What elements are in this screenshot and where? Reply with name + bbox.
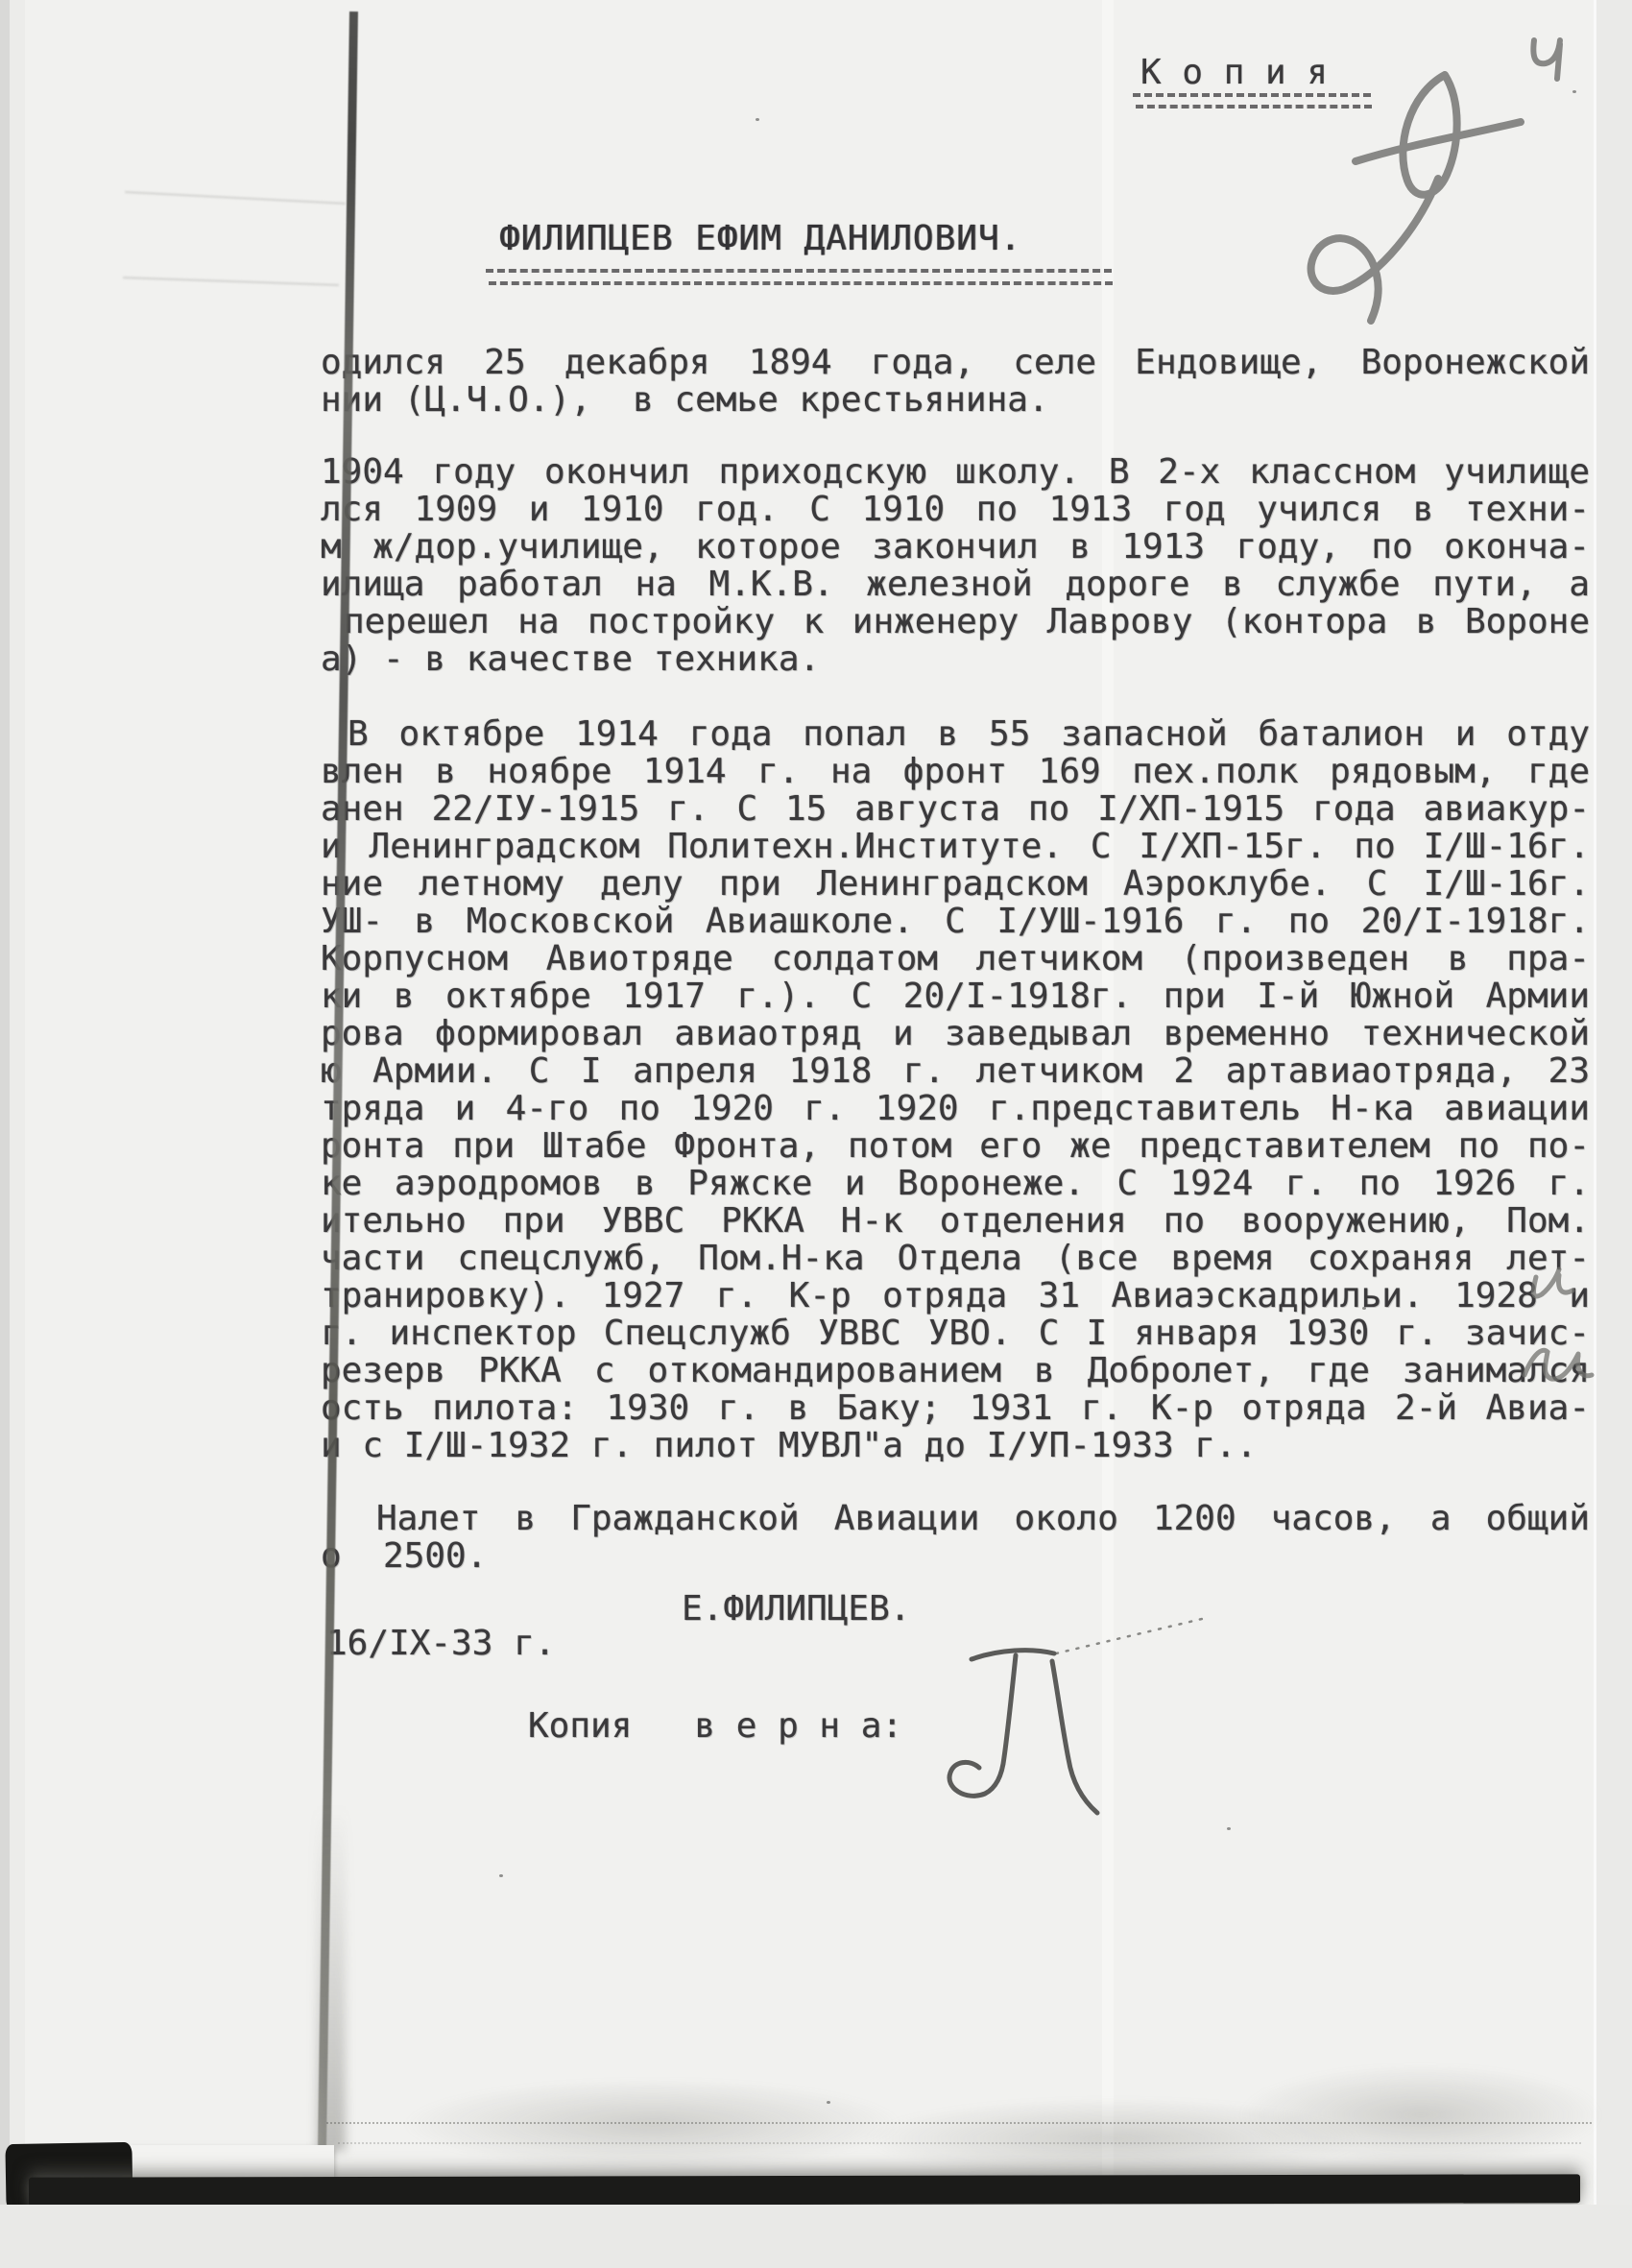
scanned-document-page: К о п и я ФИЛИПЦЕВ ЕФИМ ДАНИЛОВИЧ. одилс… [0, 0, 1632, 2268]
scan-smudge [403, 2079, 902, 2170]
text-line: Налет в Гражданской Авиации около 1200 ч… [321, 1500, 1590, 1537]
dust-speck [1227, 1827, 1231, 1830]
title-underline [489, 281, 1113, 285]
text-line: ительно при УВВС РККА Н-к отделения по в… [321, 1202, 1590, 1240]
dust-speck [756, 118, 759, 121]
page-title: ФИЛИПЦЕВ ЕФИМ ДАНИЛОВИЧ. [499, 219, 1021, 258]
text-line: м ж/дор.училище, которое закончил в 1913… [321, 528, 1590, 566]
copy-certified-line: Копия в е р н а: [528, 1707, 902, 1745]
title-underline [486, 269, 1112, 273]
scan-artifact-dotted-line [326, 2122, 1592, 2124]
text-line: ке аэродромов в Ряжске и Воронеже. С 192… [321, 1165, 1590, 1202]
fold-smudge [317, 1805, 346, 2151]
text-line: ние летному делу при Ленинградском Аэрок… [321, 865, 1590, 903]
copy-underline [1133, 93, 1371, 97]
copy-underline [1136, 105, 1372, 109]
text-line: и с I/Ш-1932 г. пилот МУВЛ"а до I/УП-193… [321, 1427, 1590, 1464]
paper-wrinkle [125, 191, 346, 205]
scan-seam [1594, 0, 1596, 2268]
text-line: лся 1909 и 1910 год. С 1910 по 1913 год … [321, 491, 1590, 528]
text-line: тряда и 4-го по 1920 г. 1920 г.представи… [321, 1090, 1590, 1127]
scan-bottom-margin [0, 2205, 1632, 2268]
page-corner-edge [131, 2145, 334, 2178]
text-line: г. инспектор Спецслужб УВВС УВО. С I янв… [321, 1315, 1590, 1352]
text-line: ки в октябре 1917 г.). С 20/I-1918г. при… [321, 977, 1590, 1015]
dust-speck [1572, 90, 1576, 93]
text-line: ость пилота: 1930 г. в Баку; 1931 г. К-р… [321, 1389, 1590, 1427]
text-line: ронта при Штабе Фронта, потом его же пре… [321, 1127, 1590, 1165]
paragraph-birth: одился 25 декабря 1894 года, селе Ендови… [321, 344, 1590, 419]
text-line: илища работал на М.К.В. железной дороге … [321, 566, 1590, 603]
signature-date: 16/IХ-33 г. [326, 1625, 555, 1662]
text-line: а) - в качестве техника. [321, 640, 1590, 678]
text-line: УШ- в Московской Авиашколе. С I/УШ-1916 … [321, 903, 1590, 940]
scanner-edge-left [0, 0, 10, 2268]
text-line: резерв РККА с откомандированием в Доброл… [321, 1352, 1590, 1389]
text-line: рова формировал авиаотряд и заведывал вр… [321, 1015, 1590, 1052]
scan-dark-bar [29, 2174, 1580, 2206]
paper-wrinkle [123, 277, 339, 286]
signature-scribble [949, 1619, 1202, 1813]
text-line: нии (Ц.Ч.О.), в семье крестьянина. [321, 381, 1590, 419]
text-line: о 2500. [321, 1537, 1590, 1575]
paragraph-education: 1904 году окончил приходскую школу. В 2-… [321, 453, 1590, 678]
paragraph-flight-hours: Налет в Гражданской Авиации около 1200 ч… [321, 1500, 1590, 1575]
pencil-corner-mark [1533, 40, 1560, 79]
scanner-edge-left-inner [10, 0, 25, 2268]
signature-name: Е.ФИЛИПЦЕВ. [682, 1590, 910, 1628]
text-line: анен 22/IУ-1915 г. С 15 августа по I/ХП-… [321, 790, 1590, 828]
dust-speck [499, 1874, 503, 1877]
text-line: части спецслужб, Пом.Н-ка Отдела (все вр… [321, 1240, 1590, 1277]
scan-artifact-dotted-line [338, 2142, 1581, 2144]
text-line: влен в ноябре 1914 г. на фронт 169 пех.п… [321, 753, 1590, 790]
scan-smudge [1238, 2064, 1603, 2165]
text-line: В октябре 1914 года попал в 55 запасной … [321, 715, 1590, 753]
copy-label: К о п и я [1140, 54, 1328, 91]
text-line: 1904 году окончил приходскую школу. В 2-… [321, 453, 1590, 491]
text-line: ю Армии. С I апреля 1918 г. летчиком 2 а… [321, 1052, 1590, 1090]
text-line: и Ленинградском Политехн.Институте. С I/… [321, 828, 1590, 865]
text-line: перешел на постройку к инженеру Лаврову … [321, 603, 1590, 640]
text-line: одился 25 декабря 1894 года, селе Ендови… [321, 344, 1590, 381]
text-line: транировку). 1927 г. К-р отряда 31 Авиаэ… [321, 1277, 1590, 1315]
text-line: Корпусном Авиотряде солдатом летчиком (п… [321, 940, 1590, 977]
pencil-scribble-page-number [1311, 75, 1521, 321]
scan-right-shade [1596, 0, 1632, 2268]
paragraph-service: В октябре 1914 года попал в 55 запасной … [321, 715, 1590, 1464]
